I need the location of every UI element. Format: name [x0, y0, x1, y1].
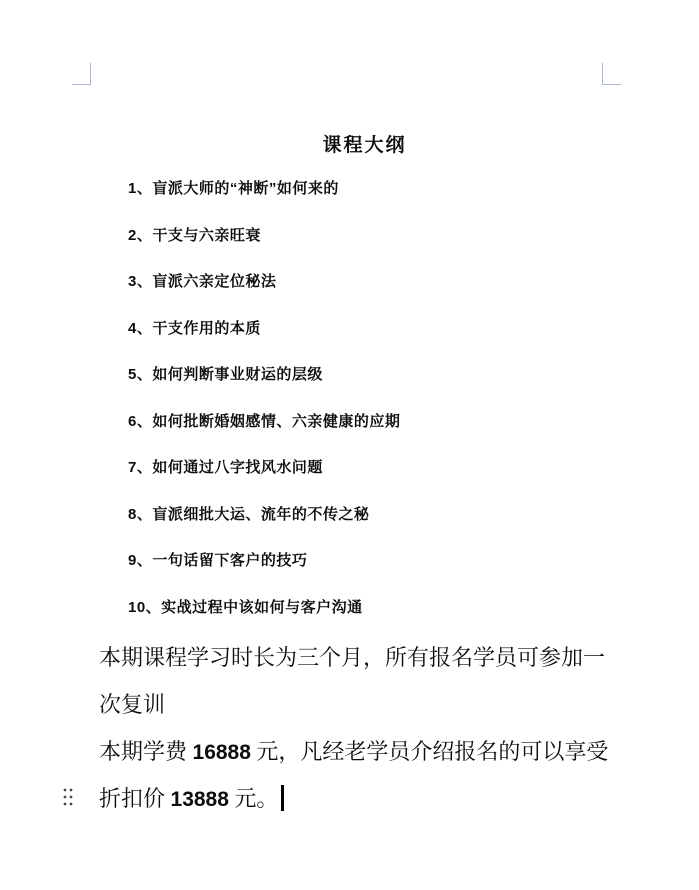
course-outline-list: 1、盲派大师的“神断”如何来的 2、干支与六亲旺衰 3、盲派六亲定位秘法 4、干… — [128, 181, 608, 646]
document-page[interactable]: 课程大纲 1、盲派大师的“神断”如何来的 2、干支与六亲旺衰 3、盲派六亲定位秘… — [0, 0, 699, 890]
tuition-line-1[interactable]: 本期学费 16888 元，凡经老学员介绍报名的可以享受 — [99, 728, 659, 775]
outline-item-10[interactable]: 10、实战过程中该如何与客户沟通 — [128, 600, 608, 616]
tuition-text-post: 元，凡经老学员介绍报名的可以享受 — [251, 739, 609, 764]
six-dot-drag-handle-icon[interactable] — [62, 787, 74, 807]
document-title[interactable]: 课程大纲 — [30, 130, 699, 157]
body-paragraphs: 本期课程学习时长为三个月，所有报名学员可参加一 次复训 本期学费 16888 元… — [99, 634, 659, 822]
tuition-line-2[interactable]: 折扣价 13888 元。 — [99, 775, 659, 822]
margin-corner-mark-right-icon — [602, 63, 621, 85]
outline-item-8[interactable]: 8、盲派细批大运、流年的不传之秘 — [128, 507, 608, 523]
course-duration-line-2[interactable]: 次复训 — [99, 681, 659, 728]
outline-item-5[interactable]: 5、如何判断事业财运的层级 — [128, 367, 608, 383]
outline-item-3[interactable]: 3、盲派六亲定位秘法 — [128, 274, 608, 290]
outline-item-6[interactable]: 6、如何批断婚姻感情、六亲健康的应期 — [128, 414, 608, 430]
outline-item-4[interactable]: 4、干支作用的本质 — [128, 321, 608, 337]
course-duration-line-1[interactable]: 本期课程学习时长为三个月，所有报名学员可参加一 — [99, 634, 659, 681]
discount-text-post: 元。 — [229, 786, 279, 811]
outline-item-9[interactable]: 9、一句话留下客户的技巧 — [128, 553, 608, 569]
discount-text-pre: 折扣价 — [99, 786, 171, 811]
tuition-text-pre: 本期学费 — [99, 739, 193, 764]
discount-price-amount: 13888 — [171, 788, 229, 811]
text-cursor-caret — [281, 785, 284, 811]
tuition-fee-amount: 16888 — [193, 741, 251, 764]
outline-item-7[interactable]: 7、如何通过八字找风水问题 — [128, 460, 608, 476]
outline-item-1[interactable]: 1、盲派大师的“神断”如何来的 — [128, 181, 608, 197]
margin-corner-mark-left-icon — [72, 63, 91, 85]
outline-item-2[interactable]: 2、干支与六亲旺衰 — [128, 228, 608, 244]
